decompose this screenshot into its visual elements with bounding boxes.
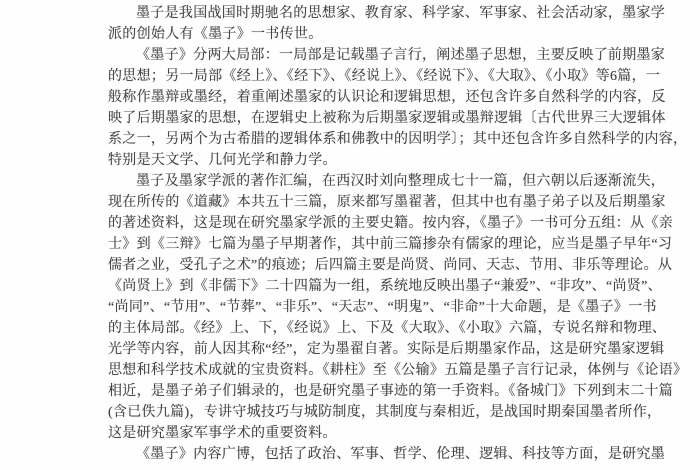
paragraph: 《墨子》内容广博，包括了政治、军事、哲学、伦理、逻辑、科技等方面，是研究墨 <box>108 444 608 465</box>
text-line: 现在所传的《道藏》本共五十三篇，原来都写墨翟著，但其中也有墨子弟子以及后期墨家 <box>108 192 608 213</box>
text-line: 思想和科学技术成就的宝贵资料。《耕柱》至《公输》五篇是墨子言行记录，体例与《论语… <box>108 360 608 381</box>
text-line: 儒者之业，受孔子之术”的痕迹；后四篇主要是尚贤、尚同、天志、节用、非乐等理论。从 <box>108 255 608 276</box>
text-line: 的著述资料，这是现在研究墨家学派的主要史籍。按内容，《墨子》一书可分五组：从《亲 <box>108 213 608 234</box>
text-line: 般称作墨辩或墨经，着重阐述墨家的认识论和逻辑思想，还包含许多自然科学的内容，反 <box>108 87 608 108</box>
text-line: 《墨子》分两大局部：一局部是记载墨子言行，阐述墨子思想，主要反映了前期墨家 <box>108 45 608 66</box>
paragraph: 《墨子》分两大局部：一局部是记载墨子言行，阐述墨子思想，主要反映了前期墨家的思想… <box>108 45 608 171</box>
text-line: 光学等内容，前人因其称“经”，定为墨翟自著。实际是后期墨家作品，这是研究墨家逻辑 <box>108 339 608 360</box>
text-line: 的思想；另一局部《经上》、《经下》、《经说上》、《经说下》、《大取》、《小取》等… <box>108 66 608 87</box>
text-line: 墨子是我国战国时期驰名的思想家、教育家、科学家、军事家、社会活动家，墨家学 <box>108 3 608 24</box>
text-line: 特别是天文学、几何光学和静力学。 <box>108 150 608 171</box>
paragraph: 墨子及墨家学派的著作汇编，在西汉时刘向整理成七十一篇，但六朝以后逐渐流失，现在所… <box>108 171 608 444</box>
text-line: 《墨子》内容广博，包括了政治、军事、哲学、伦理、逻辑、科技等方面，是研究墨 <box>108 444 608 465</box>
text-line: 这是研究墨家军事学术的重要资料。 <box>108 423 608 444</box>
text-line: 士》到《三辩》七篇为墨子早期著作，其中前三篇掺杂有儒家的理论，应当是墨子早年“习 <box>108 234 608 255</box>
text-line: 系之一，另两个为古希腊的逻辑体系和佛教中的因明学〕；其中还包含许多自然科学的内容… <box>108 129 608 150</box>
text-line: 相近，是墨子弟子们辑录的，也是研究墨子事迹的第一手资料。《备城门》下列到末二十篇 <box>108 381 608 402</box>
text-line: 派的创始人有《墨子》一书传世。 <box>108 24 608 45</box>
document-text-block: 墨子是我国战国时期驰名的思想家、教育家、科学家、军事家、社会活动家，墨家学派的创… <box>108 3 608 465</box>
paragraph: 墨子是我国战国时期驰名的思想家、教育家、科学家、军事家、社会活动家，墨家学派的创… <box>108 3 608 45</box>
text-line: (含已佚九篇)，专讲守城技巧与城防制度，其制度与秦相近，是战国时期秦国墨者所作， <box>108 402 608 423</box>
scanned-document-page: 墨子是我国战国时期驰名的思想家、教育家、科学家、军事家、社会活动家，墨家学派的创… <box>0 0 700 470</box>
text-line: 的主体局部。《经》上、下，《经说》上、下及《大取》、《小取》六篇，专说名辩和物理… <box>108 318 608 339</box>
text-line: “尚同”、“节用”、“节葬”、“非乐”、“天志”、“明鬼”、“非命”十大命题，是… <box>108 297 608 318</box>
text-line: 墨子及墨家学派的著作汇编，在西汉时刘向整理成七十一篇，但六朝以后逐渐流失， <box>108 171 608 192</box>
text-line: 映了后期墨家的思想，在逻辑史上被称为后期墨家逻辑或墨辩逻辑〔古代世界三大逻辑体 <box>108 108 608 129</box>
text-line: 《尚贤上》到《非儒下》二十四篇为一组，系统地反映出墨子“兼爱”、“非攻”、“尚贤… <box>108 276 608 297</box>
